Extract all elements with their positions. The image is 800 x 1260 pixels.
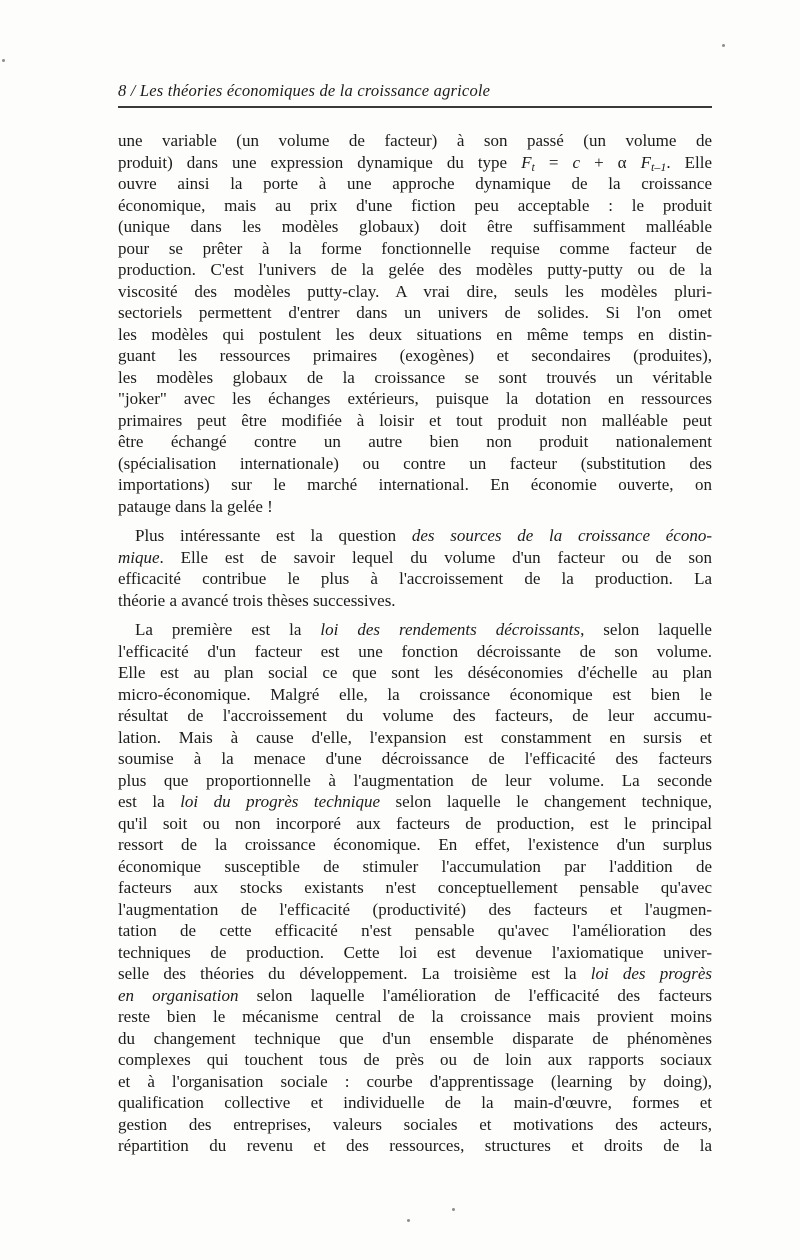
- running-header: 8 / Les théories économiques de la crois…: [118, 83, 712, 108]
- text-line: plus que proportionnelle à l'augmentatio…: [118, 770, 712, 792]
- paragraph: La première est la loi des rendements dé…: [118, 619, 712, 1157]
- text-line: La première est la loi des rendements dé…: [118, 619, 712, 641]
- text-line: (unique dans les modèles globaux) doit ê…: [118, 216, 712, 238]
- italic-text: mique: [118, 548, 160, 567]
- text-line: selle des théories du développement. La …: [118, 963, 712, 985]
- text-line: les modèles globaux de la croissance se …: [118, 367, 712, 389]
- text-line: "joker" avec les échanges extérieurs, pu…: [118, 388, 712, 410]
- italic-text: F: [641, 153, 651, 172]
- text-line: techniques de production. Cette loi est …: [118, 942, 712, 964]
- text-line: facteurs aux stocks existants n'est conc…: [118, 877, 712, 899]
- text-line: complexes qui touchent tous de près ou d…: [118, 1049, 712, 1071]
- text-line: pour se prêter à la forme fonctionnelle …: [118, 238, 712, 260]
- text-line: l'augmentation de l'efficacité (producti…: [118, 899, 712, 921]
- text-line: gestion des entreprises, valeurs sociale…: [118, 1114, 712, 1136]
- text-line: économique, mais au prix d'une fiction p…: [118, 195, 712, 217]
- italic-text: loi du progrès technique: [180, 792, 380, 811]
- running-header-title: 8 / Les théories économiques de la crois…: [118, 83, 712, 99]
- italic-text: loi des rendements décroissants: [320, 620, 580, 639]
- scan-speck: [2, 59, 5, 62]
- text-line: (spécialisation internationale) ou contr…: [118, 453, 712, 475]
- text-line: ressort de la croissance économique. En …: [118, 834, 712, 856]
- text-line: mique. Elle est de savoir lequel du volu…: [118, 547, 712, 569]
- text-line: du changement technique que d'un ensembl…: [118, 1028, 712, 1050]
- text-line: guant les ressources primaires (exogènes…: [118, 345, 712, 367]
- text-line: reste bien le mécanisme central de la cr…: [118, 1006, 712, 1028]
- text-line: production. C'est l'univers de la gelée …: [118, 259, 712, 281]
- text-line: importations) sur le marché internationa…: [118, 474, 712, 496]
- scan-speck: [452, 1208, 455, 1211]
- formula-subscript: t–1: [651, 160, 666, 174]
- text-line: les modèles qui postulent les deux situa…: [118, 324, 712, 346]
- text-line: économique susceptible de stimuler l'acc…: [118, 856, 712, 878]
- italic-text: loi des progrès: [591, 964, 712, 983]
- text-line: une variable (un volume de facteur) à so…: [118, 130, 712, 152]
- text-line: Plus intéressante est la question des so…: [118, 525, 712, 547]
- paragraph: Plus intéressante est la question des so…: [118, 525, 712, 611]
- text-line: viscosité des modèles putty-clay. A vrai…: [118, 281, 712, 303]
- text-line: lation. Mais à cause d'elle, l'expansion…: [118, 727, 712, 749]
- paragraph: une variable (un volume de facteur) à so…: [118, 130, 712, 517]
- scan-speck: [722, 44, 725, 47]
- text-line: efficacité contribue le plus à l'accrois…: [118, 568, 712, 590]
- italic-text: en organisation: [118, 986, 238, 1005]
- text-line: est la loi du progrès technique selon la…: [118, 791, 712, 813]
- text-line: sectoriels permettent d'entrer dans un u…: [118, 302, 712, 324]
- italic-text: c: [573, 153, 581, 172]
- italic-text: des sources de la croissance écono-: [412, 526, 712, 545]
- text-line: répartition du revenu et des ressources,…: [118, 1135, 712, 1157]
- text-line: soumise à la menace d'une décroissance d…: [118, 748, 712, 770]
- book-page: 8 / Les théories économiques de la crois…: [0, 0, 800, 1260]
- text-line: qu'il soit ou non incorporé aux facteurs…: [118, 813, 712, 835]
- scan-speck: [407, 1219, 410, 1222]
- text-line: produit) dans une expression dynamique d…: [118, 152, 712, 174]
- text-line: résultat de l'accroissement du volume de…: [118, 705, 712, 727]
- text-line: tation de cette efficacité n'est pensabl…: [118, 920, 712, 942]
- text-line: primaires peut être modifiée à loisir et…: [118, 410, 712, 432]
- text-line: et à l'organisation sociale : courbe d'a…: [118, 1071, 712, 1093]
- text-line: l'efficacité d'un facteur est une foncti…: [118, 641, 712, 663]
- text-line: patauge dans la gelée !: [118, 496, 712, 518]
- italic-text: F: [521, 153, 531, 172]
- page-body: une variable (un volume de facteur) à so…: [118, 130, 712, 1157]
- text-line: Elle est au plan social ce que sont les …: [118, 662, 712, 684]
- text-line: en organisation selon laquelle l'amélior…: [118, 985, 712, 1007]
- text-line: être échangé contre un autre bien non pr…: [118, 431, 712, 453]
- formula-subscript: t: [532, 160, 535, 174]
- header-rule: [118, 106, 712, 108]
- text-line: théorie a avancé trois thèses successive…: [118, 590, 712, 612]
- text-line: micro-économique. Malgré elle, la croiss…: [118, 684, 712, 706]
- text-line: ouvre ainsi la porte à une approche dyna…: [118, 173, 712, 195]
- text-line: qualification collective et individuelle…: [118, 1092, 712, 1114]
